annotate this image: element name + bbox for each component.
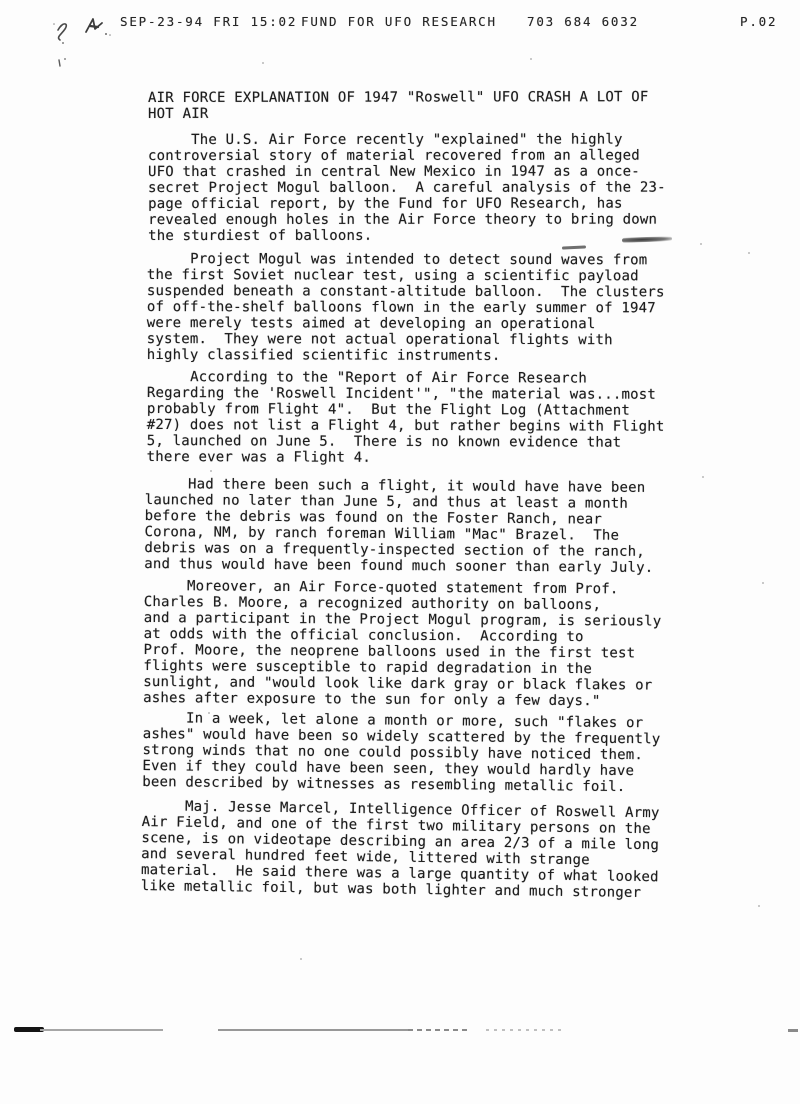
scan-line-artifact [486,1029,566,1031]
paragraph-foster-ranch: Had there been such a flight, it would h… [144,476,654,576]
scan-noise-dot [748,252,750,254]
fax-date-time: SEP-23-94 FRI 15:02 [120,14,297,29]
scan-line-artifact [408,1029,470,1031]
scan-line-artifact [40,1029,163,1031]
paragraph-jesse-marcel: Maj. Jesse Marcel, Intelligence Officer … [141,798,660,901]
scan-line-artifact [788,1029,798,1032]
scan-noise-dot [758,905,760,907]
paragraph-flakes-ashes: In a week, let alone a month or more, su… [142,710,661,795]
paragraph-flight-log: According to the "Report of Air Force Re… [147,369,665,467]
document-title: AIR FORCE EXPLANATION OF 1947 "Roswell" … [148,89,649,122]
handwritten-scribble-marks [46,10,136,70]
fax-phone-number: 703 684 6032 [527,14,639,29]
scan-line-artifact [218,1029,408,1031]
fax-page: SEP-23-94 FRI 15:02 FUND FOR UFO RESEARC… [0,0,800,1104]
scan-noise-dot [530,58,532,60]
scan-noise-dot [702,476,704,478]
scan-noise-dot [208,712,210,714]
fax-sender-name: FUND FOR UFO RESEARCH [301,14,497,29]
scan-noise-dot [700,243,702,245]
scan-smudge-artifact [562,245,586,249]
paragraph-intro: The U.S. Air Force recently "explained" … [148,132,666,244]
scan-noise-dot [300,958,302,960]
scan-noise-dot [262,62,264,64]
scan-noise-dot [210,470,212,472]
scan-noise-dot [762,582,764,584]
fax-page-number: P.02 [740,14,777,29]
paragraph-project-mogul: Project Mogul was intended to detect sou… [147,251,665,364]
paragraph-prof-moore: Moreover, an Air Force-quoted statement … [143,578,662,710]
